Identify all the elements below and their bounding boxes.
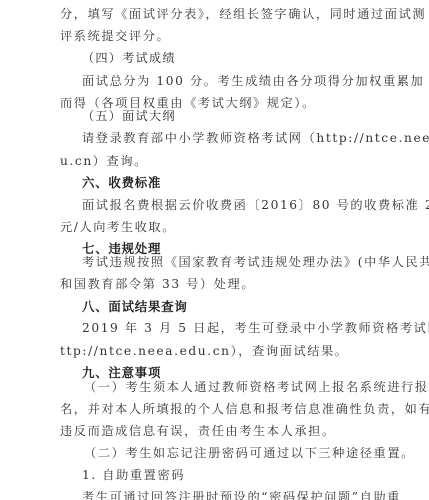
- paragraph-line: ttp://ntce.neea.edu.cn），查询面试结果。: [60, 343, 349, 359]
- paragraph-line: 评系统提交评分。: [60, 28, 170, 44]
- paragraph-line: 面试报名费根据云价收费函〔2016〕80 号的收费标准 280: [82, 197, 429, 213]
- paragraph-line: 面试总分为 100 分。考生成绩由各分项得分加权重累加: [82, 73, 424, 89]
- paragraph-line: （一）考生须本人通过教师资格考试网上报名系统进行报: [84, 379, 429, 395]
- paragraph-line: 考生可通过回答注册时预设的“密码保护问题”自助重: [82, 489, 401, 500]
- paragraph-line: （二）考生如忘记注册密码可通过以下三种途径重置。: [84, 445, 415, 461]
- paragraph-line: 分，填写《面试评分表》，经组长签字确认，同时通过面试测: [60, 6, 426, 22]
- paragraph-line: u.cn）查询。: [60, 153, 148, 169]
- paragraph-line: 违反而造成信息有误，责任由考生本人承担。: [60, 423, 336, 439]
- section-heading-fee-standard: 六、收费标准: [82, 175, 161, 191]
- paragraph-line: 2019 年 3 月 5 日起，考生可登录中小学教师资格考试网(h: [82, 320, 429, 336]
- section-subheading-exam-score: （四）考试成绩: [82, 50, 176, 66]
- paragraph-line: 元/人向考生收取。: [60, 219, 176, 235]
- paragraph-line: 和国教育部令第 33 号）处理。: [60, 276, 255, 292]
- paragraph-line: 名，并对本人所填报的个人信息和报考信息准确性负责，如有: [60, 401, 429, 417]
- paragraph-line: 考试违规按照《国家教育考试违规处理办法》(中华人民共: [82, 254, 429, 270]
- section-heading-result-query: 八、面试结果查询: [82, 299, 188, 315]
- paragraph-line: 请登录教育部中小学教师资格考试网（http://ntce.neea.ed: [82, 130, 429, 146]
- section-subheading-interview-outline: （五）面试大纲: [82, 108, 176, 124]
- list-item-self-reset-password: 1. 自助重置密码: [82, 467, 185, 483]
